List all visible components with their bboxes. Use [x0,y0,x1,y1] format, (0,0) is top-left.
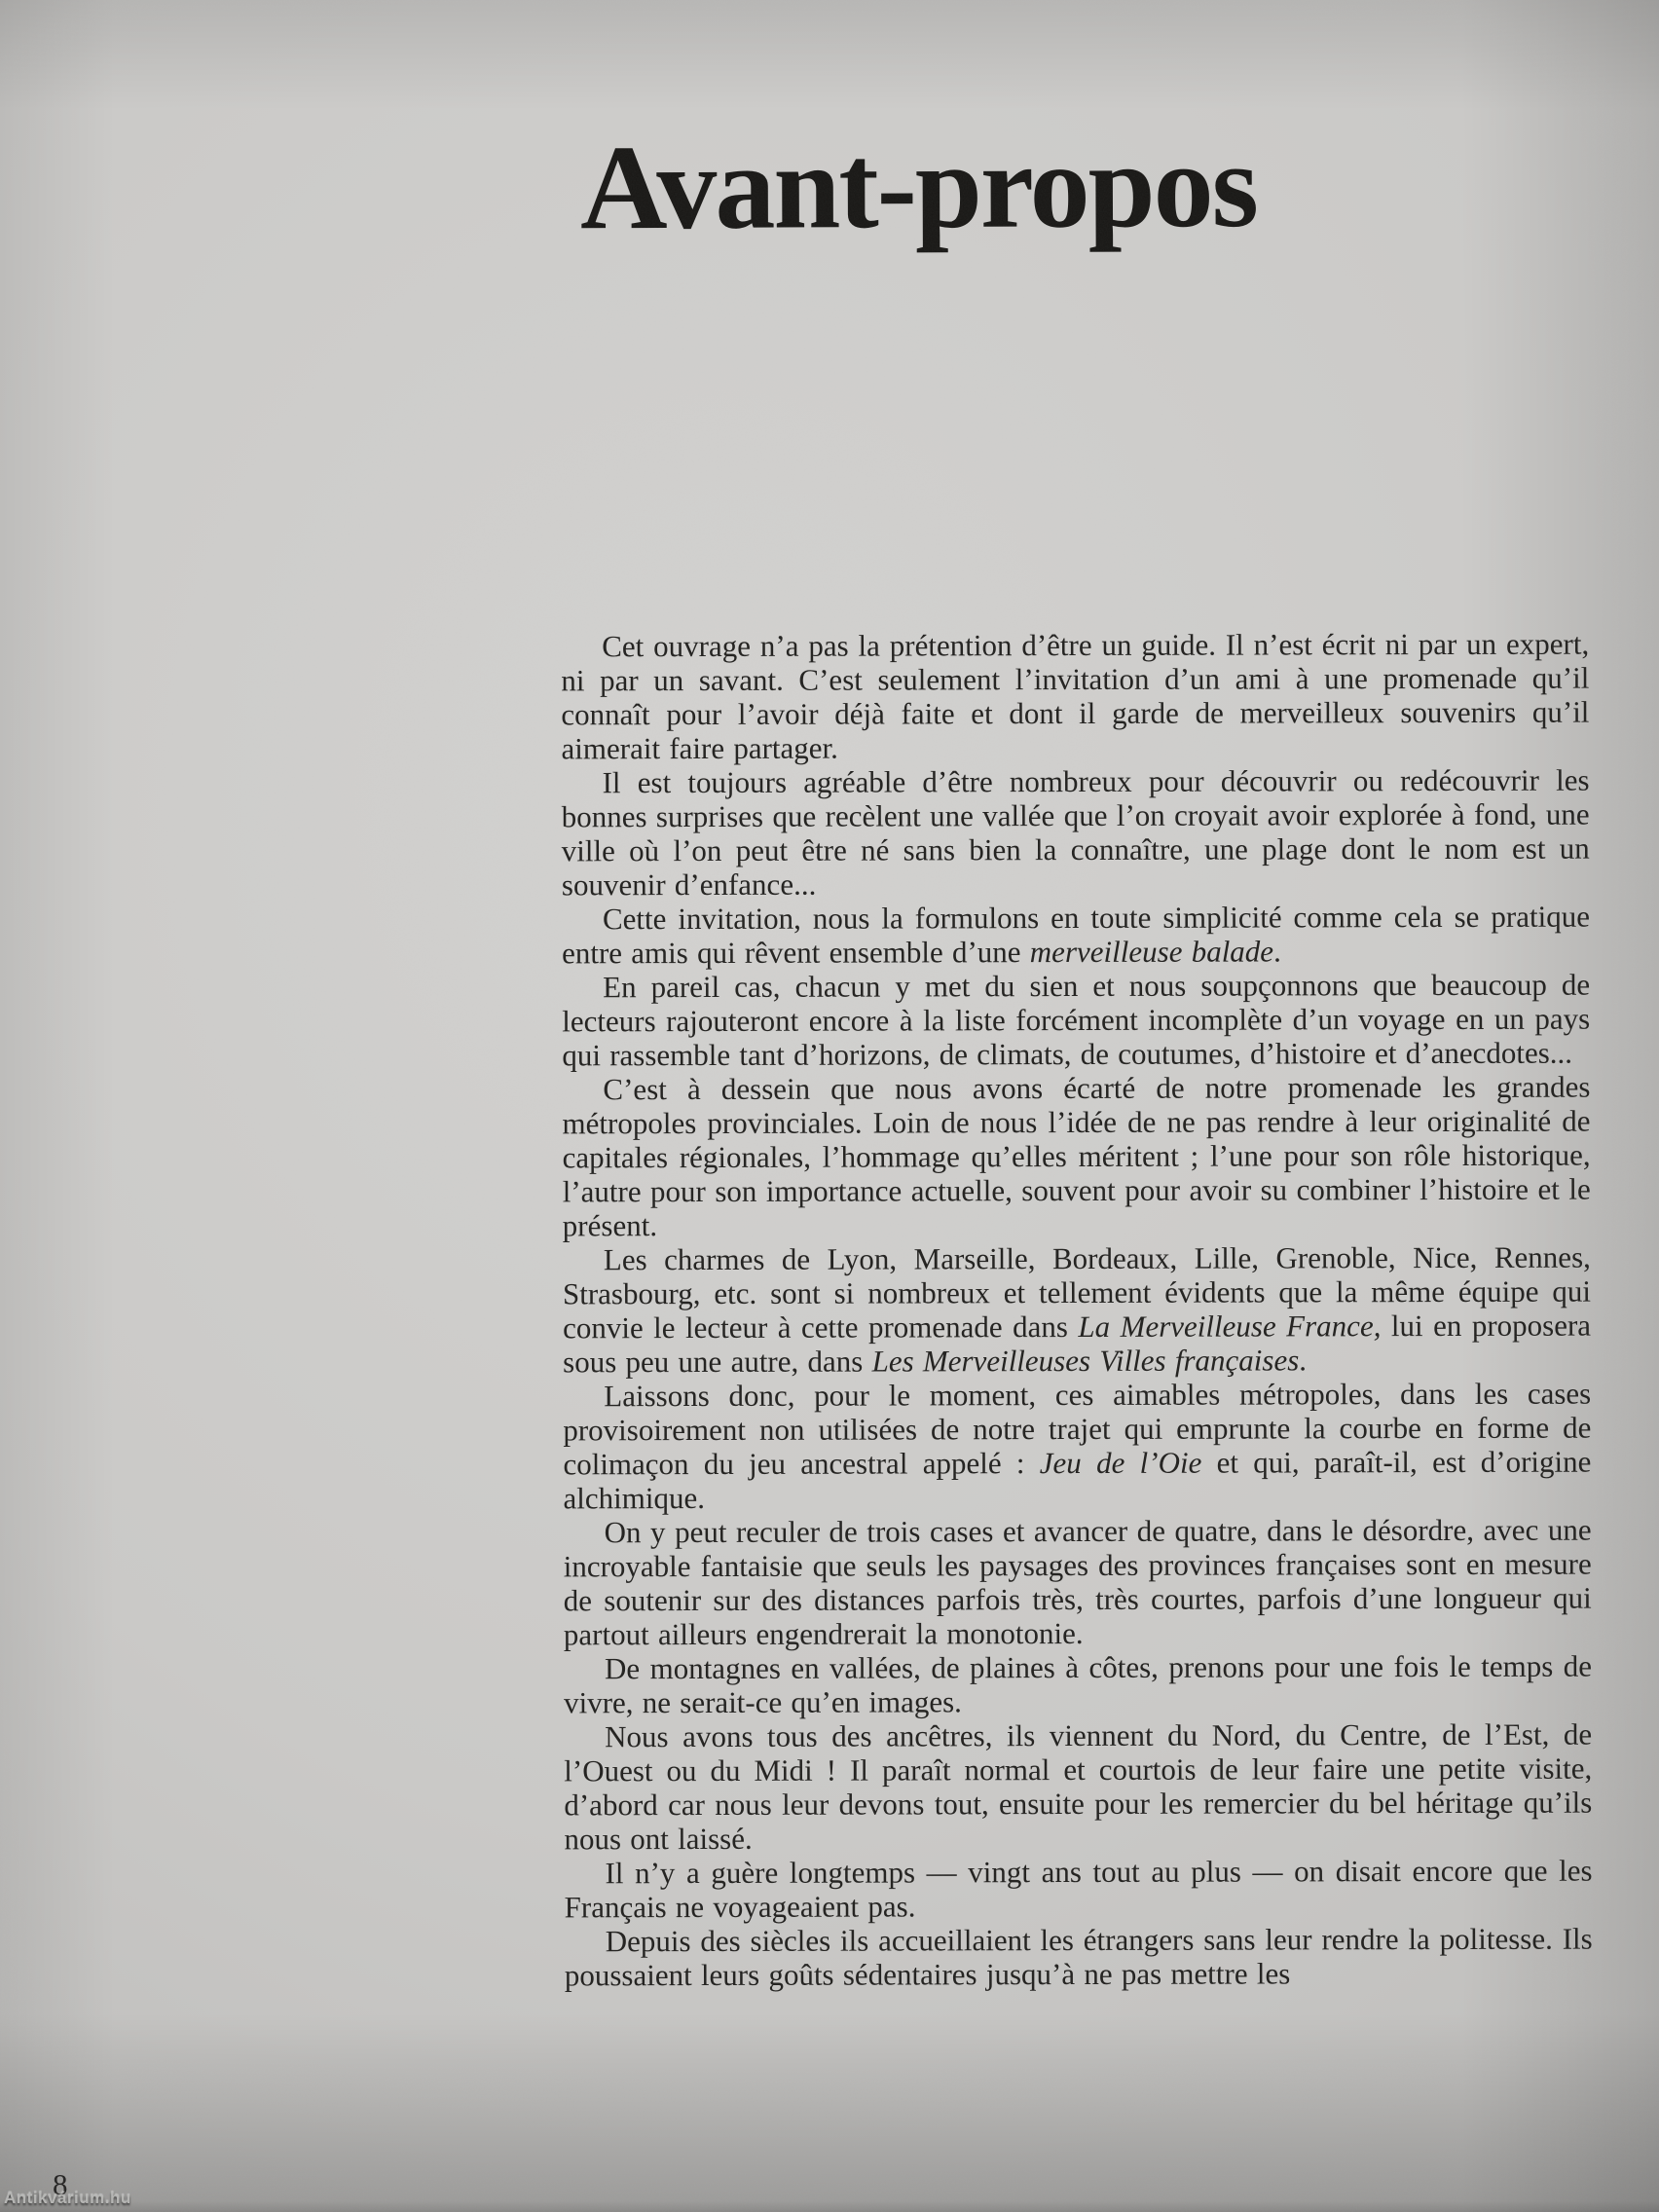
paragraph: Laissons donc, pour le moment, ces aimab… [563,1377,1591,1516]
paragraph: Cette invitation, nous la formulons en t… [562,900,1590,971]
text-segment: . [1273,934,1281,968]
paragraph: Nous avons tous des ancêtres, ils vienne… [564,1717,1592,1857]
text-segment: . [1299,1343,1307,1377]
text-segment: Depuis des siècles ils accueillaient les… [565,1922,1593,1993]
paragraph: Cet ouvrage n’a pas la prétention d’être… [561,627,1589,766]
text-segment: Il est toujours agréable d’être nombreux… [562,763,1590,903]
paragraph: On y peut reculer de trois cases et avan… [564,1513,1592,1652]
text-segment: Nous avons tous des ancêtres, ils vienne… [564,1717,1592,1857]
italic-text-segment: merveilleuse balade [1030,934,1273,969]
paragraph: Depuis des siècles ils accueillaient les… [565,1922,1593,1993]
paragraph: Les charmes de Lyon, Marseille, Bordeaux… [563,1240,1591,1380]
italic-text-segment: Jeu de l’Oie [1040,1446,1202,1480]
watermark-antikvarium: Antikvárium.hu [4,2189,131,2208]
text-segment: On y peut reculer de trois cases et avan… [564,1513,1592,1652]
paragraph: Il est toujours agréable d’être nombreux… [562,763,1590,903]
text-segment: En pareil cas, chacun y met du sien et n… [562,968,1590,1073]
text-segment: De montagnes en vallées, de plaines à cô… [564,1649,1592,1720]
paragraph: En pareil cas, chacun y met du sien et n… [562,968,1590,1073]
foreword-text: Cet ouvrage n’a pas la prétention d’être… [561,627,1593,1993]
paragraph: Il n’y a guère longtemps — vingt ans tou… [564,1854,1592,1925]
italic-text-segment: Les Merveilleuses Villes françaises [872,1343,1300,1378]
text-segment: Cet ouvrage n’a pas la prétention d’être… [561,627,1589,766]
paragraph: De montagnes en vallées, de plaines à cô… [564,1649,1592,1720]
italic-text-segment: La Merveilleuse France, [1078,1309,1381,1344]
book-page-photo: Avant-propos Cet ouvrage n’a pas la prét… [0,0,1659,2212]
text-segment: Il n’y a guère longtemps — vingt ans tou… [565,1854,1593,1925]
page-title: Avant-propos [580,123,1262,252]
paragraph: C’est à dessein que nous avons écarté de… [562,1070,1590,1243]
text-segment: C’est à dessein que nous avons écarté de… [562,1070,1590,1243]
